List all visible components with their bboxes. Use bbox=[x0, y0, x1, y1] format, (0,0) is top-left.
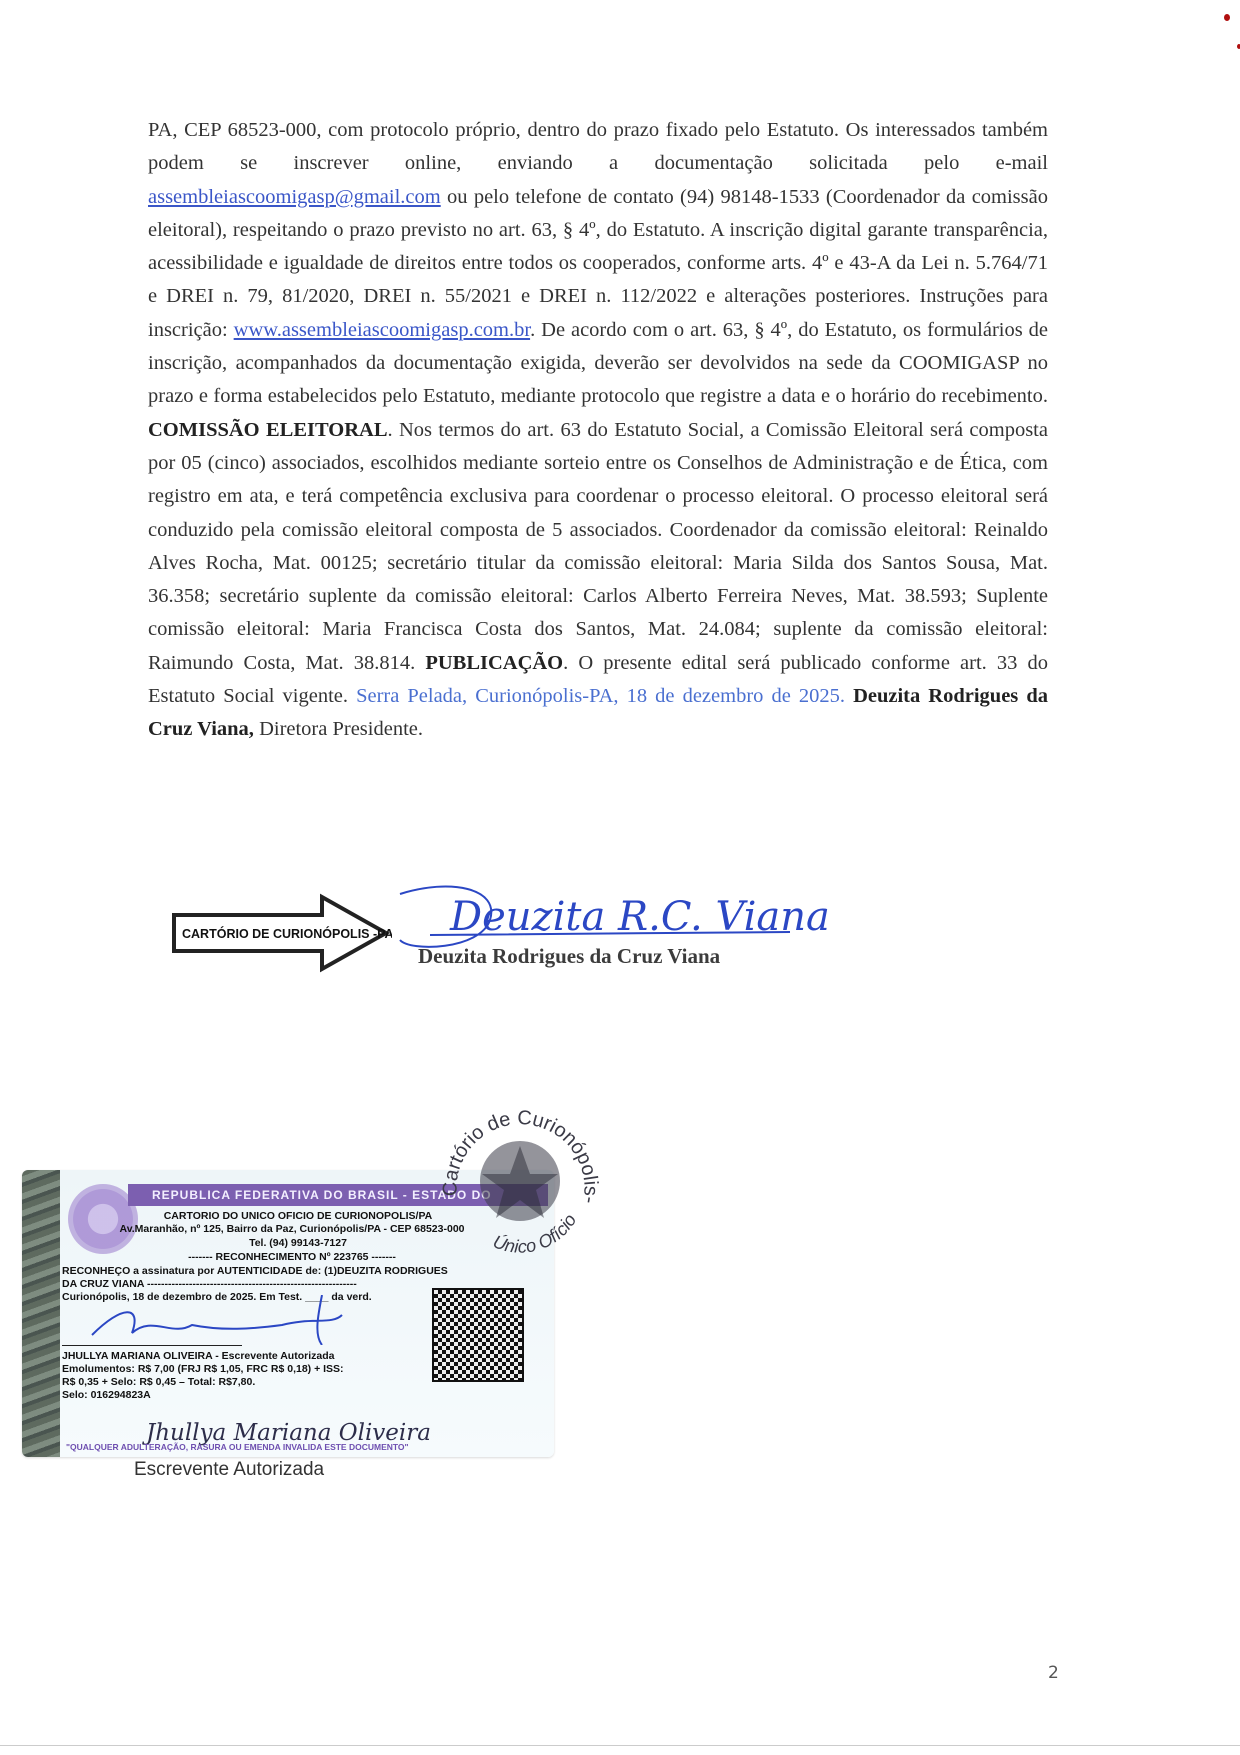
notary-round-seal: Cartório de Curionópolis-PA Único Ofício bbox=[432, 1086, 607, 1261]
qr-code-icon[interactable] bbox=[432, 1288, 524, 1382]
paragraph-part: ou pelo telefone de contato (94) 98148-1… bbox=[148, 186, 1048, 341]
signer-printed-name: Deuzita Rodrigues da Cruz Viana bbox=[418, 944, 720, 969]
clerk-signature bbox=[82, 1295, 382, 1345]
signature-script: Deuzita R.C. Viana bbox=[449, 894, 830, 940]
recognition-text: DA CRUZ VIANA --------------------------… bbox=[62, 1278, 357, 1290]
page-number: 2 bbox=[1048, 1663, 1059, 1683]
page-bottom-rule bbox=[0, 1745, 1240, 1746]
fees-line: R$ 0,35 + Selo: R$ 0,45 – Total: R$7,80. bbox=[62, 1376, 255, 1388]
notary-phone: Tel. (94) 99143-7127 bbox=[128, 1237, 468, 1249]
email-link[interactable]: assembleiascoomigasp@gmail.com bbox=[148, 186, 441, 208]
paragraph-part: . Nos termos do art. 63 do Estatuto Soci… bbox=[148, 419, 1048, 674]
arrow-stamp-text: CARTÓRIO DE CURIONÓPOLIS -PA bbox=[182, 926, 392, 941]
fees-line: Emolumentos: R$ 7,00 (FRJ R$ 1,05, FRC R… bbox=[62, 1363, 344, 1375]
clerk-name: JHULLYA MARIANA OLIVEIRA - Escrevente Au… bbox=[62, 1350, 334, 1362]
signer-role: Diretora Presidente. bbox=[254, 718, 423, 740]
place-date: Serra Pelada, Curionópolis-PA, 18 de dez… bbox=[356, 685, 845, 707]
tamper-warning: "QUALQUER ADULTERAÇÃO, RASURA OU EMENDA … bbox=[66, 1442, 409, 1452]
website-link[interactable]: www.assembleiascoomigasp.com.br bbox=[234, 319, 530, 341]
signature-line bbox=[62, 1345, 242, 1346]
recognition-text: RECONHEÇO a assinatura por AUTENTICIDADE… bbox=[62, 1265, 448, 1277]
edital-body-text: PA, CEP 68523-000, com protocolo próprio… bbox=[148, 114, 1048, 747]
security-strip bbox=[22, 1170, 60, 1457]
red-ink-dot bbox=[1224, 14, 1230, 21]
section-heading-commission: COMISSÃO ELEITORAL bbox=[148, 419, 388, 441]
seal-number: Selo: 016294823A bbox=[62, 1389, 151, 1401]
paragraph-part: PA, CEP 68523-000, com protocolo próprio… bbox=[148, 119, 1048, 174]
notary-arrow-stamp: CARTÓRIO DE CURIONÓPOLIS -PA bbox=[172, 893, 392, 973]
clerk-stamp-title: Escrevente Autorizada bbox=[134, 1459, 324, 1481]
section-heading-publication: PUBLICAÇÃO bbox=[425, 652, 563, 674]
notary-office: CARTORIO DO UNICO OFICIO DE CURIONOPOLIS… bbox=[128, 1210, 468, 1222]
